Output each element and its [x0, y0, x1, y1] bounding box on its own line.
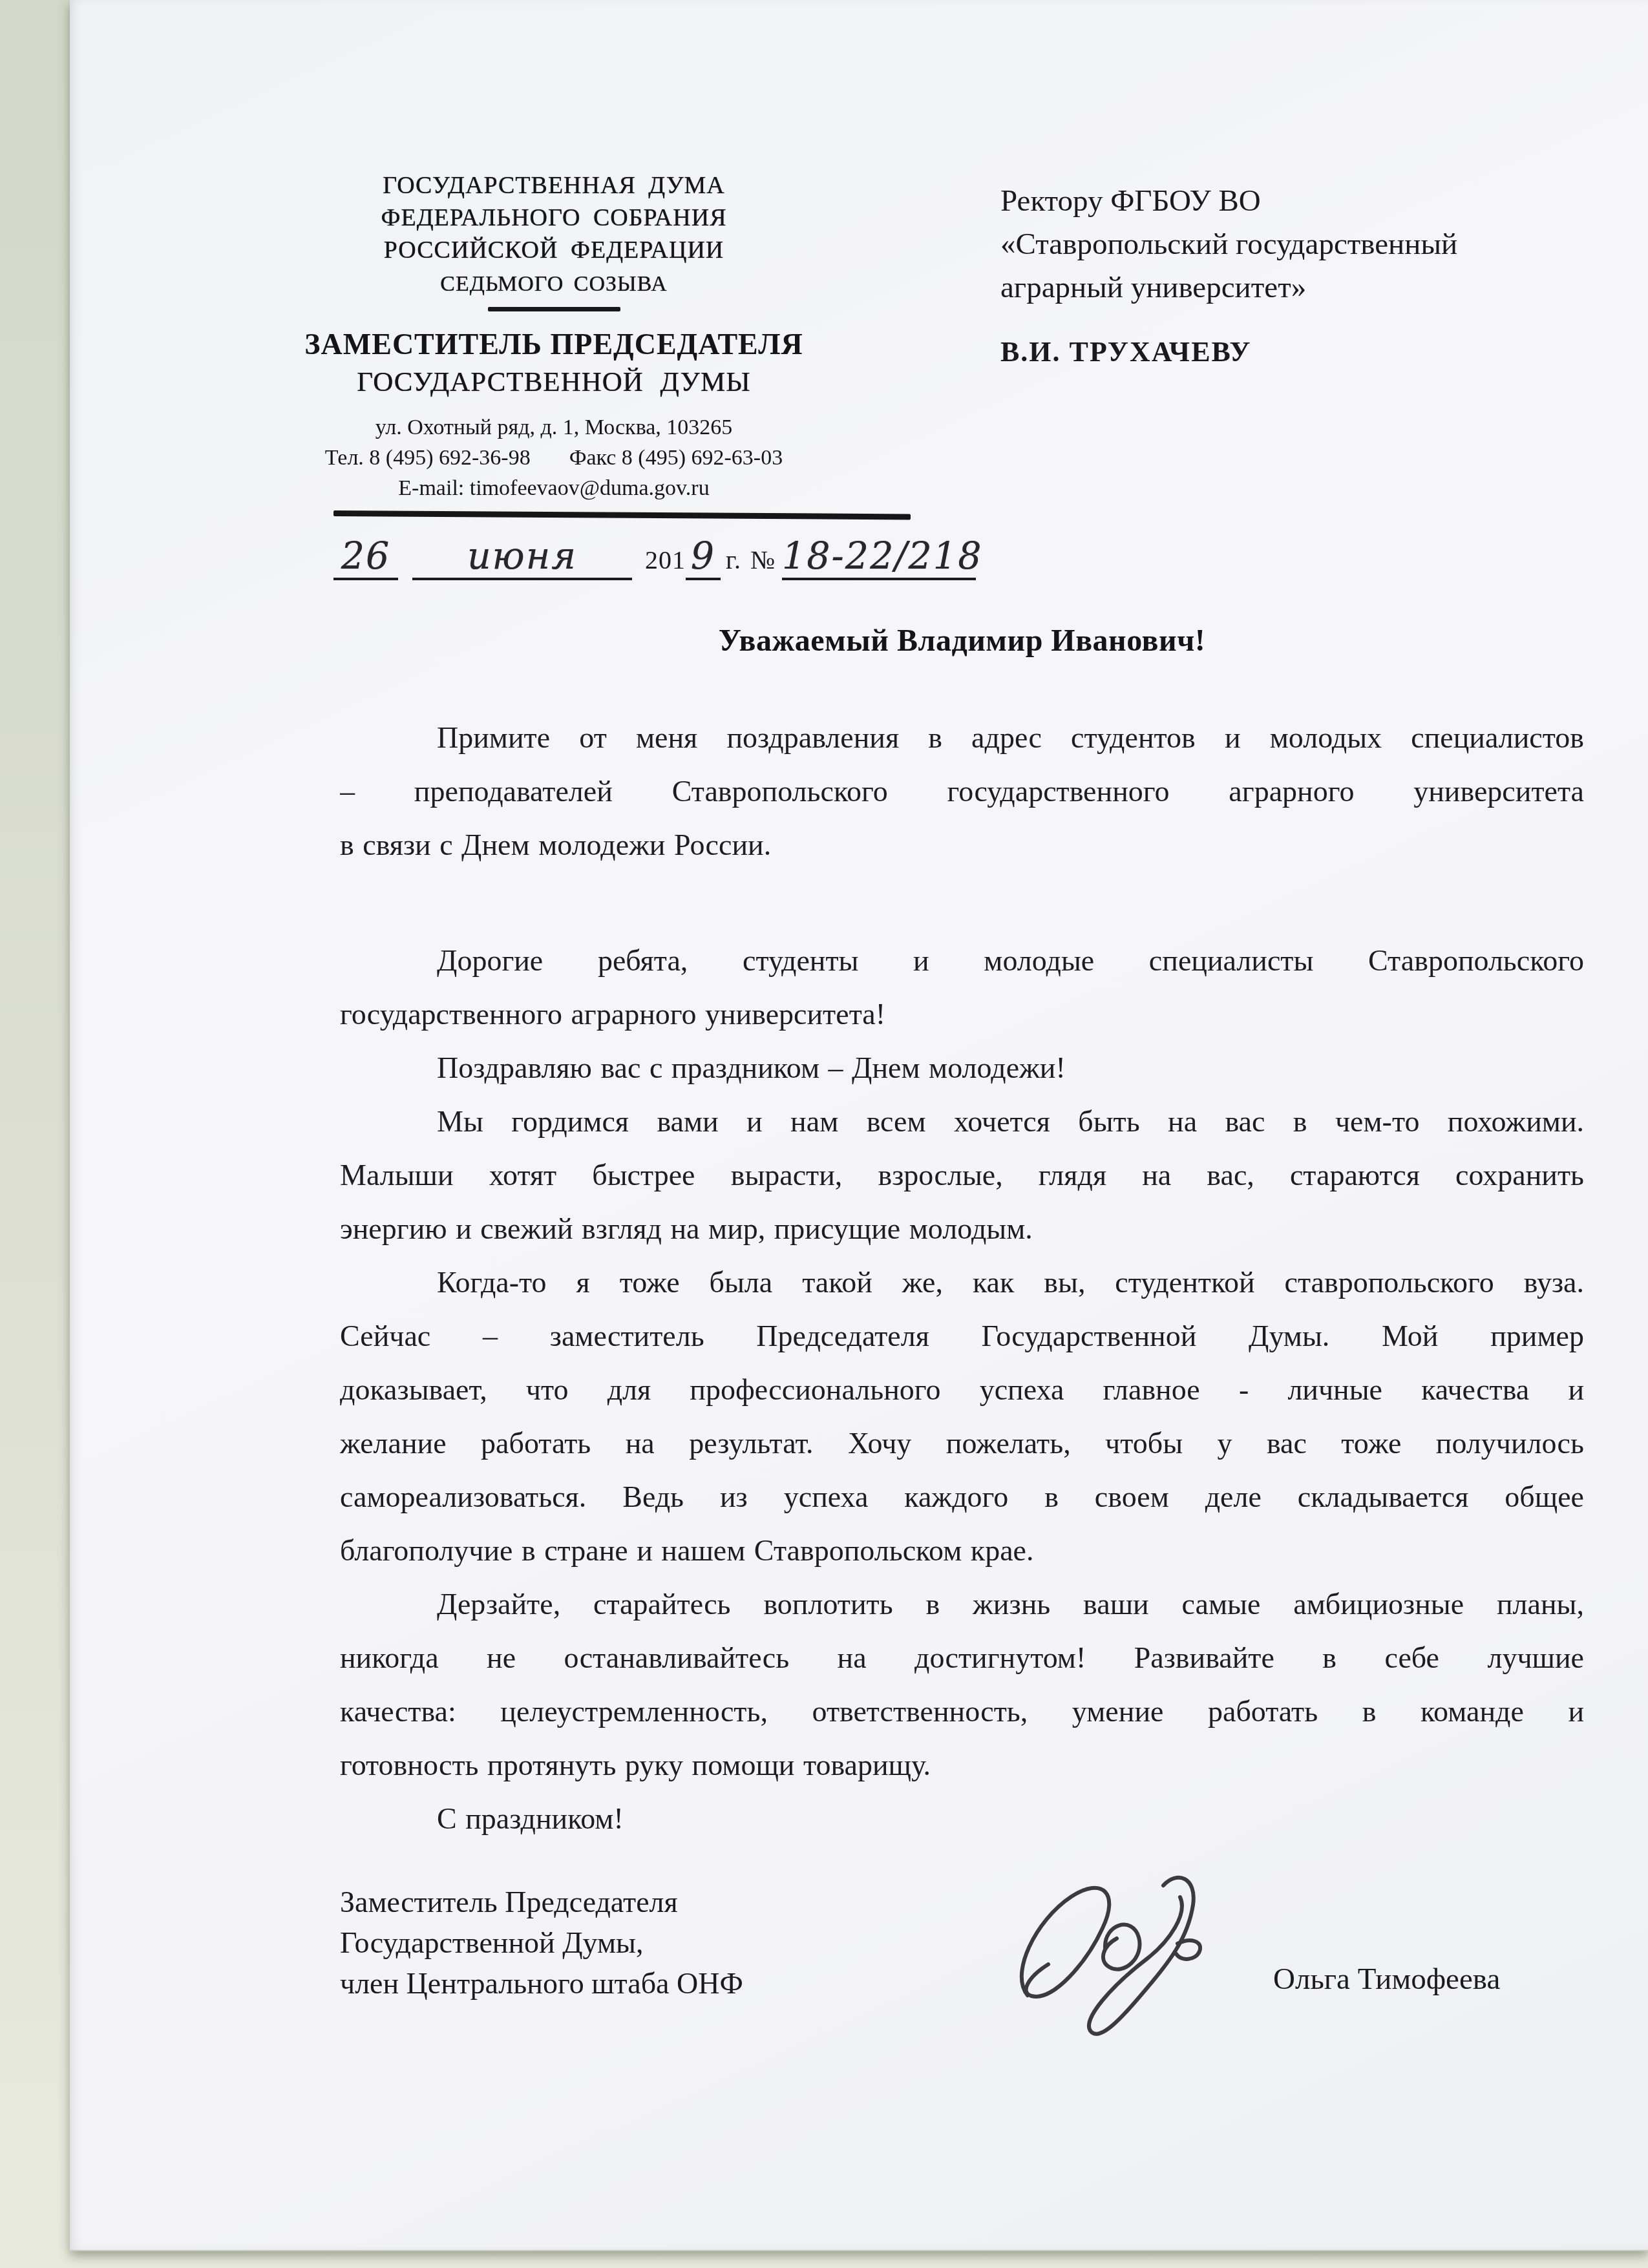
- body-line: доказывает, что для профессионального ус…: [340, 1363, 1584, 1416]
- paragraph: Мы гордимся вами и нам всем хочется быть…: [340, 1095, 1584, 1255]
- letter-paper: ГОСУДАРСТВЕННАЯ ДУМА ФЕДЕРАЛЬНОГО СОБРАН…: [70, 0, 1648, 2251]
- registration-divider-line: [333, 510, 911, 520]
- body-line: готовность протянуть руку помощи товарищ…: [340, 1738, 1584, 1792]
- body-line: – преподавателей Ставропольского государ…: [340, 764, 1584, 818]
- letterhead-phone-fax: Тел. 8 (495) 692-36-98Факс 8 (495) 692-6…: [270, 443, 838, 473]
- org-name-line2: ФЕДЕРАЛЬНОГО СОБРАНИЯ: [270, 202, 838, 234]
- body-line: Примите от меня поздравления в адрес сту…: [340, 711, 1584, 764]
- year-suffix-label: г.: [726, 545, 741, 575]
- handwritten-month: июня: [412, 535, 632, 580]
- signature-autograph: [1008, 1867, 1241, 2061]
- paragraph: Когда-то я тоже была такой же, как вы, с…: [340, 1255, 1584, 1577]
- signoff-line1: Заместитель Председателя: [340, 1882, 1051, 1922]
- body-line: желание работать на результат. Хочу поже…: [340, 1416, 1584, 1470]
- letterhead-fax: Факс 8 (495) 692-63-03: [569, 446, 783, 470]
- letterhead-address: ул. Охотный ряд, д. 1, Москва, 103265: [270, 412, 838, 443]
- printed-year-prefix: 201: [645, 545, 686, 575]
- signoff-line2: Государственной Думы,: [340, 1922, 1051, 1963]
- body-line: Мы гордимся вами и нам всем хочется быть…: [340, 1095, 1584, 1148]
- letterhead-phone: Тел. 8 (495) 692-36-98: [325, 446, 531, 470]
- letterhead-contacts: ул. Охотный ряд, д. 1, Москва, 103265 Те…: [270, 412, 838, 503]
- body-line: государственного аграрного университета!: [340, 987, 1584, 1041]
- body-line: Поздравляю вас с праздником – Днем молод…: [340, 1041, 1584, 1095]
- signoff-block: Заместитель Председателя Государственной…: [340, 1882, 1051, 2004]
- scan-background: { "letterhead": { "org_line1": "ГОСУДАРС…: [0, 0, 1648, 2268]
- signer-name: Ольга Тимофеева: [1273, 1962, 1596, 1997]
- body-line: в связи с Днем молодежи России.: [340, 818, 1584, 872]
- body-line: Дерзайте, старайтесь воплотить в жизнь в…: [340, 1577, 1584, 1631]
- paragraph: Примите от меня поздравления в адрес сту…: [340, 711, 1584, 872]
- recipient-block: Ректору ФГБОУ ВО «Ставропольский государ…: [1000, 180, 1621, 373]
- paragraph: Поздравляю вас с праздником – Днем молод…: [340, 1041, 1584, 1095]
- letter-body: Примите от меня поздравления в адрес сту…: [340, 711, 1584, 1845]
- number-sign: №: [750, 545, 776, 575]
- body-line: Сейчас – заместитель Председателя Госуда…: [340, 1309, 1584, 1363]
- signoff-line3: член Центрального штаба ОНФ: [340, 1963, 1051, 2004]
- body-line: качества: целеустремленность, ответствен…: [340, 1685, 1584, 1738]
- handwritten-day: 26: [333, 535, 398, 580]
- handwritten-year-digit: 9: [686, 535, 721, 580]
- recipient-line1: Ректору ФГБОУ ВО: [1000, 180, 1621, 223]
- sender-position-subtitle: ГОСУДАРСТВЕННОЙ ДУМЫ: [270, 366, 838, 398]
- body-line: никогда не останавливайтесь на достигнут…: [340, 1631, 1584, 1685]
- salutation: Уважаемый Владимир Иванович!: [340, 623, 1584, 658]
- org-name-line1: ГОСУДАРСТВЕННАЯ ДУМА: [270, 169, 838, 202]
- date-number-line: 26 июня 201 9 г. № 18-22/218: [333, 535, 980, 580]
- paragraph: Дерзайте, старайтесь воплотить в жизнь в…: [340, 1577, 1584, 1792]
- body-line: Малыши хотят быстрее вырасти, взрослые, …: [340, 1148, 1584, 1202]
- letterhead-email: E-mail: timofeevaov@duma.gov.ru: [270, 473, 838, 503]
- letterhead-rule: [488, 307, 620, 311]
- org-name-line3: РОССИЙСКОЙ ФЕДЕРАЦИИ: [270, 234, 838, 266]
- body-line: Дорогие ребята, студенты и молодые специ…: [340, 934, 1584, 987]
- paragraph: С праздником!: [340, 1792, 1584, 1845]
- body-line: Когда-то я тоже была такой же, как вы, с…: [340, 1255, 1584, 1309]
- recipient-line3: аграрный университет»: [1000, 266, 1621, 310]
- handwritten-registration-number: 18-22/218: [782, 535, 976, 580]
- letterhead: ГОСУДАРСТВЕННАЯ ДУМА ФЕДЕРАЛЬНОГО СОБРАН…: [270, 169, 838, 503]
- body-line: энергию и свежий взгляд на мир, присущие…: [340, 1202, 1584, 1255]
- body-line: благополучие в стране и нашем Ставрополь…: [340, 1524, 1584, 1577]
- recipient-name: В.И. ТРУХАЧЕВУ: [1000, 330, 1621, 373]
- sender-position-title: ЗАМЕСТИТЕЛЬ ПРЕДСЕДАТЕЛЯ: [270, 327, 838, 361]
- convocation-line: СЕДЬМОГО СОЗЫВА: [270, 272, 838, 297]
- body-line: С праздником!: [340, 1792, 1584, 1845]
- paragraph: Дорогие ребята, студенты и молодые специ…: [340, 934, 1584, 1041]
- recipient-line2: «Ставропольский государственный: [1000, 223, 1621, 266]
- body-line: самореализоваться. Ведь из успеха каждог…: [340, 1470, 1584, 1524]
